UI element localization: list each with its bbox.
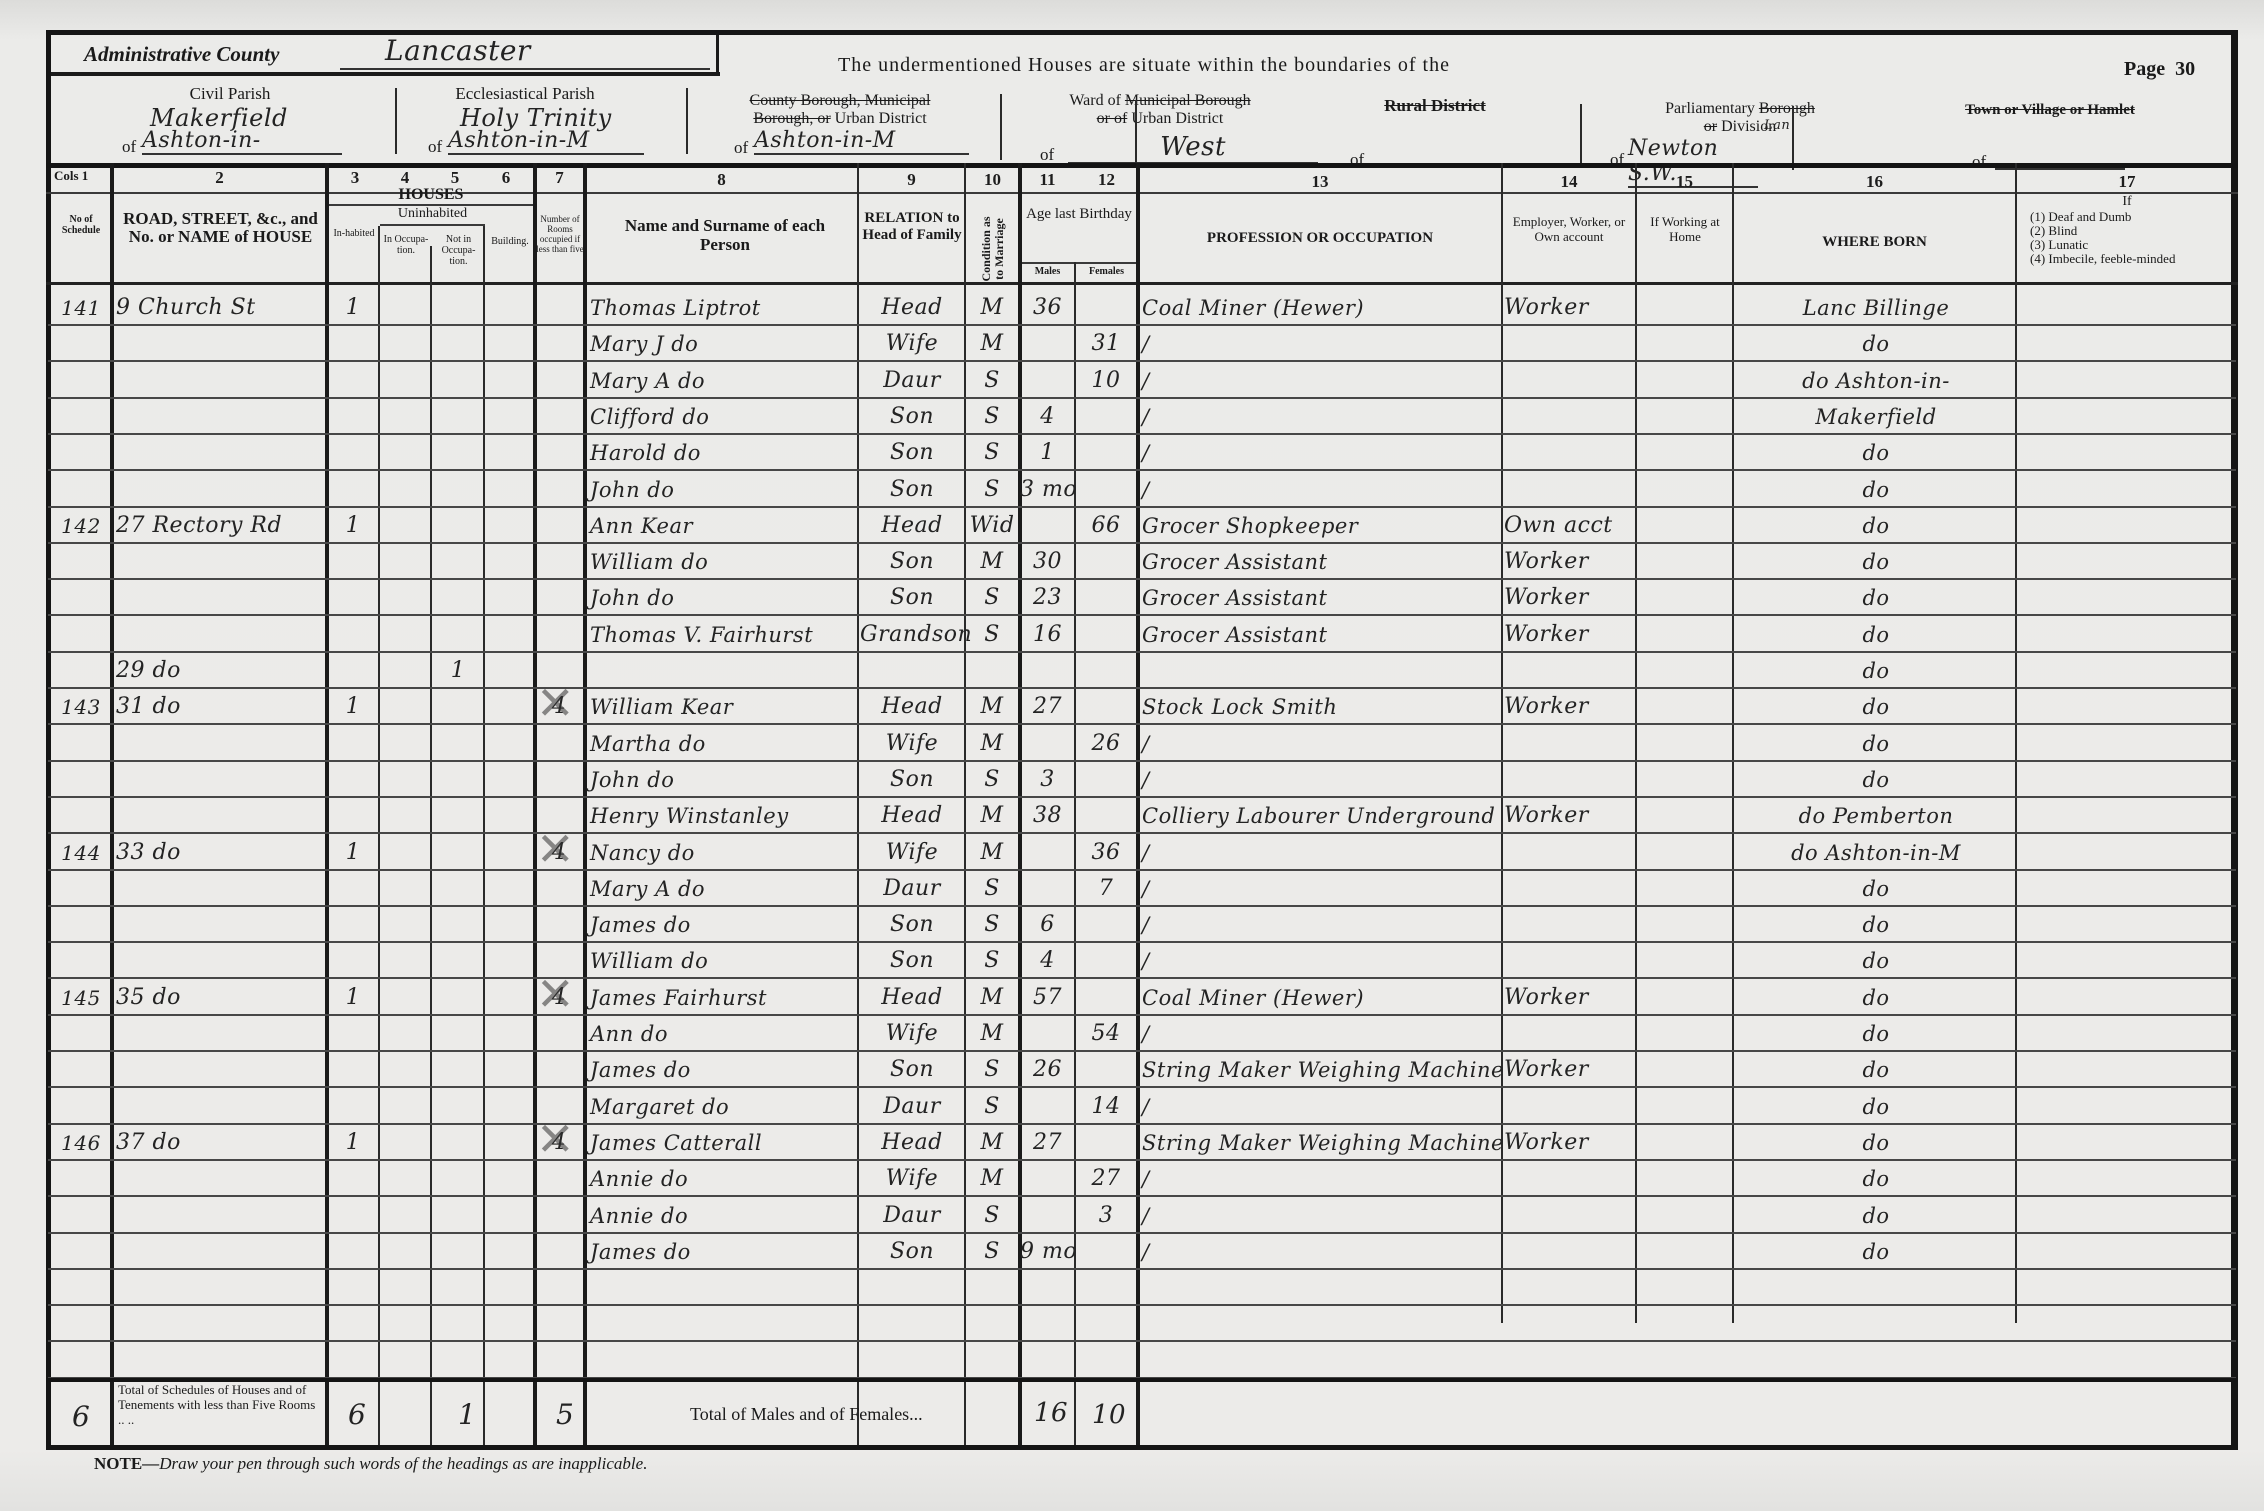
cell-employer — [1504, 653, 1634, 689]
cell-employer — [1504, 1234, 1634, 1270]
cell-employer — [1504, 1016, 1634, 1052]
cell-age-f — [1076, 399, 1136, 435]
cell-name: Ann do — [590, 1016, 855, 1052]
cell-at-home — [1637, 689, 1732, 725]
cell-inhabited — [327, 1161, 379, 1197]
cell-inhabited — [327, 943, 379, 979]
cell-name: John do — [590, 580, 855, 616]
cell-rooms — [535, 544, 583, 580]
cell-condition: S — [966, 1198, 1018, 1234]
cell-uninh-occ — [380, 871, 432, 907]
cell-born: do — [1740, 472, 2012, 508]
cell-age-f — [1076, 980, 1136, 1016]
cell-age-m: 38 — [1020, 798, 1075, 834]
hdr-not-in-occupation: Not in Occupa-tion. — [433, 234, 484, 267]
cell-rooms — [535, 726, 583, 762]
cell-at-home — [1637, 653, 1732, 689]
cell-at-home — [1637, 508, 1732, 544]
colnum-16: 16 — [1733, 172, 2016, 192]
cell-address: 37 do — [116, 1125, 321, 1161]
cell-name: James Catterall — [590, 1125, 855, 1161]
cell-uninh-occ — [380, 653, 432, 689]
cell-occupation: / — [1142, 907, 1498, 943]
cell-occupation: Colliery Labourer Underground — [1142, 798, 1498, 834]
cell-uninh-occ — [380, 580, 432, 616]
cell-age-m: 4 — [1020, 399, 1075, 435]
hdr-males: Males — [1020, 266, 1075, 277]
cell-rooms — [535, 762, 583, 798]
cell-inhabited — [327, 762, 379, 798]
cell-schedule — [52, 617, 110, 653]
cell-schedule — [52, 435, 110, 471]
cell-uninh-occ — [380, 1016, 432, 1052]
cell-rooms — [535, 435, 583, 471]
cell-relation: Wife — [860, 726, 964, 762]
cell-born: do — [1740, 1125, 2012, 1161]
colnum-8: 8 — [585, 170, 858, 190]
cell-occupation: / — [1142, 943, 1498, 979]
cell-inhabited — [327, 1198, 379, 1234]
cell-uninh-not — [432, 835, 484, 871]
cell-age-m: 27 — [1020, 1125, 1075, 1161]
cell-at-home — [1637, 1089, 1732, 1125]
cell-employer — [1504, 326, 1634, 362]
cell-name — [590, 653, 855, 689]
cell-uninh-not — [432, 871, 484, 907]
cell-condition: M — [966, 1125, 1018, 1161]
cell-occupation: / — [1142, 871, 1498, 907]
hdr-schedule: No of Schedule — [52, 214, 110, 236]
cell-uninh-occ — [380, 1052, 432, 1088]
cell-born: do — [1740, 871, 2012, 907]
cell-age-f — [1076, 580, 1136, 616]
cell-name: James do — [590, 1234, 855, 1270]
cell-occupation: / — [1142, 1198, 1498, 1234]
cell-building — [485, 943, 533, 979]
total-males: 16 — [1034, 1398, 1068, 1428]
cell-age-m: 36 — [1020, 290, 1075, 326]
cell-building — [485, 726, 533, 762]
cell-uninh-not — [432, 617, 484, 653]
colnum-6: 6 — [486, 168, 526, 188]
cell-condition: M — [966, 290, 1018, 326]
cross-mark-icon: ✕ — [536, 1119, 575, 1159]
cell-born: do — [1740, 762, 2012, 798]
cell-born: Makerfield — [1740, 399, 2012, 435]
hdr-if: If — [2016, 194, 2238, 210]
cell-at-home — [1637, 762, 1732, 798]
cell-age-f: 27 — [1076, 1161, 1136, 1197]
cell-age-f — [1076, 1234, 1136, 1270]
cell-uninh-occ — [380, 762, 432, 798]
cell-at-home — [1637, 290, 1732, 326]
cell-address — [116, 762, 321, 798]
cell-condition: S — [966, 871, 1018, 907]
cell-relation: Daur — [860, 1198, 964, 1234]
cell-age-f — [1076, 435, 1136, 471]
cell-age-m — [1020, 363, 1075, 399]
colnum-2: 2 — [112, 168, 327, 188]
cell-rooms — [535, 580, 583, 616]
cell-schedule — [52, 472, 110, 508]
cell-building — [485, 1016, 533, 1052]
cell-employer — [1504, 943, 1634, 979]
cell-occupation: Grocer Shopkeeper — [1142, 508, 1498, 544]
cell-address — [116, 943, 321, 979]
cell-employer — [1504, 1089, 1634, 1125]
note: NOTE—Draw your pen through such words of… — [94, 1454, 647, 1474]
cell-building — [485, 798, 533, 834]
cell-condition: S — [966, 943, 1018, 979]
cell-employer — [1504, 871, 1634, 907]
cell-at-home — [1637, 1016, 1732, 1052]
cell-occupation: Stock Lock Smith — [1142, 689, 1498, 725]
total-females: 10 — [1092, 1400, 1126, 1430]
cell-condition: M — [966, 689, 1018, 725]
cell-relation: Son — [860, 943, 964, 979]
total-mf-label: Total of Males and of Females... — [690, 1404, 923, 1425]
cell-uninh-not — [432, 472, 484, 508]
cell-relation: Head — [860, 980, 964, 1016]
cell-uninh-occ — [380, 363, 432, 399]
cell-uninh-not — [432, 1234, 484, 1270]
cell-employer: Worker — [1504, 1052, 1634, 1088]
col-line — [110, 163, 114, 1445]
cell-uninh-not — [432, 907, 484, 943]
cell-relation: Wife — [860, 326, 964, 362]
colnum-3: 3 — [335, 168, 375, 188]
colnum-13: 13 — [1138, 172, 1502, 192]
colnum-12: 12 — [1075, 170, 1138, 190]
cell-inhabited — [327, 1234, 379, 1270]
cell-age-f: 3 — [1076, 1198, 1136, 1234]
cell-condition: M — [966, 798, 1018, 834]
cell-building — [485, 1161, 533, 1197]
cell-schedule — [52, 1016, 110, 1052]
cell-uninh-occ — [380, 544, 432, 580]
cell-building — [485, 871, 533, 907]
cell-age-f — [1076, 798, 1136, 834]
cell-occupation — [1142, 653, 1498, 689]
cell-address — [116, 363, 321, 399]
cell-inhabited — [327, 580, 379, 616]
col-line — [1136, 163, 1140, 1445]
cell-at-home — [1637, 1161, 1732, 1197]
cell-relation: Daur — [860, 871, 964, 907]
cell-condition: S — [966, 363, 1018, 399]
cell-name: William Kear — [590, 689, 855, 725]
cell-age-m: 27 — [1020, 689, 1075, 725]
cell-born: do Pemberton — [1740, 798, 2012, 834]
cell-occupation: / — [1142, 1089, 1498, 1125]
cell-building — [485, 580, 533, 616]
cell-at-home — [1637, 871, 1732, 907]
cell-inhabited — [327, 1052, 379, 1088]
cell-rooms — [535, 1198, 583, 1234]
cell-relation: Son — [860, 435, 964, 471]
cell-rooms — [535, 508, 583, 544]
cell-relation: Son — [860, 399, 964, 435]
cell-uninh-occ — [380, 689, 432, 725]
colnum-4: 4 — [385, 168, 425, 188]
cell-rooms — [535, 472, 583, 508]
cell-age-m: 1 — [1020, 435, 1075, 471]
cell-age-m: 4 — [1020, 943, 1075, 979]
total-schedules: 6 — [72, 1400, 90, 1433]
col-line — [583, 163, 587, 1445]
cell-schedule — [52, 1198, 110, 1234]
cell-age-f: 7 — [1076, 871, 1136, 907]
cell-address — [116, 435, 321, 471]
hdr-road: ROAD, STREET, &c., and No. or NAME of HO… — [118, 210, 323, 246]
cell-uninh-not — [432, 508, 484, 544]
cell-condition: S — [966, 1234, 1018, 1270]
cell-schedule — [52, 544, 110, 580]
cols-label: Cols 1 — [54, 168, 88, 184]
cell-born: do — [1740, 943, 2012, 979]
cell-name: John do — [590, 762, 855, 798]
cell-address — [116, 798, 321, 834]
cell-rooms — [535, 290, 583, 326]
cell-name: Ann Kear — [590, 508, 855, 544]
cell-condition: S — [966, 472, 1018, 508]
cell-name: Henry Winstanley — [590, 798, 855, 834]
cell-uninh-occ — [380, 472, 432, 508]
cell-schedule — [52, 363, 110, 399]
cell-building — [485, 689, 533, 725]
cell-age-m: 3 — [1020, 762, 1075, 798]
cell-employer — [1504, 726, 1634, 762]
cell-name: Thomas V. Fairhurst — [590, 617, 855, 653]
cell-uninh-not — [432, 726, 484, 762]
cell-name: Clifford do — [590, 399, 855, 435]
cell-occupation: / — [1142, 472, 1498, 508]
col-line — [1732, 163, 1734, 1323]
cell-born: do — [1740, 1234, 2012, 1270]
colnum-17: 17 — [2016, 172, 2238, 192]
cell-occupation: / — [1142, 435, 1498, 471]
cell-employer — [1504, 399, 1634, 435]
colnum-15: 15 — [1636, 172, 1733, 192]
cell-at-home — [1637, 726, 1732, 762]
cell-uninh-occ — [380, 508, 432, 544]
cell-age-m: 57 — [1020, 980, 1075, 1016]
cell-rooms — [535, 907, 583, 943]
cell-uninh-not: 1 — [432, 653, 484, 689]
colnum-11: 11 — [1020, 170, 1075, 190]
cell-inhabited: 1 — [327, 835, 379, 871]
cell-rooms — [535, 1234, 583, 1270]
cell-condition: S — [966, 580, 1018, 616]
cell-schedule: 141 — [52, 290, 110, 326]
hdr-building: Building. — [486, 236, 534, 247]
cell-schedule — [52, 871, 110, 907]
cell-relation: Son — [860, 544, 964, 580]
colnum-10: 10 — [965, 170, 1020, 190]
cell-inhabited — [327, 907, 379, 943]
cell-born: do — [1740, 580, 2012, 616]
cell-condition: M — [966, 835, 1018, 871]
cell-born: do — [1740, 907, 2012, 943]
cell-employer: Worker — [1504, 689, 1634, 725]
note-prefix: NOTE— — [94, 1454, 159, 1473]
cell-age-m — [1020, 1089, 1075, 1125]
cell-at-home — [1637, 1234, 1732, 1270]
cell-born: do — [1740, 980, 2012, 1016]
cell-building — [485, 1052, 533, 1088]
hdr-houses: HOUSES — [327, 186, 535, 204]
cell-born: do Ashton-in- — [1740, 363, 2012, 399]
cell-building — [485, 435, 533, 471]
cell-inhabited: 1 — [327, 290, 379, 326]
cell-address — [116, 326, 321, 362]
cell-uninh-occ — [380, 1089, 432, 1125]
cell-inhabited — [327, 326, 379, 362]
cell-uninh-not — [432, 363, 484, 399]
cell-building — [485, 363, 533, 399]
cell-uninh-occ — [380, 290, 432, 326]
colnum-7: 7 — [537, 168, 582, 188]
cell-address — [116, 1198, 321, 1234]
cell-condition: S — [966, 435, 1018, 471]
cell-condition: S — [966, 399, 1018, 435]
cell-age-m: 26 — [1020, 1052, 1075, 1088]
cell-age-m — [1020, 1161, 1075, 1197]
cell-age-m — [1020, 1016, 1075, 1052]
cell-age-f — [1076, 472, 1136, 508]
cell-age-m: 6 — [1020, 907, 1075, 943]
cell-uninh-not — [432, 762, 484, 798]
cell-at-home — [1637, 580, 1732, 616]
cell-schedule: 143 — [52, 689, 110, 725]
cell-condition: M — [966, 544, 1018, 580]
cell-inhabited — [327, 617, 379, 653]
cell-address — [116, 1052, 321, 1088]
cell-condition: M — [966, 980, 1018, 1016]
cell-age-f — [1076, 907, 1136, 943]
cell-relation: Grandson — [860, 617, 964, 653]
cell-address — [116, 871, 321, 907]
cell-inhabited — [327, 544, 379, 580]
cell-schedule: 146 — [52, 1125, 110, 1161]
cell-age-f — [1076, 943, 1136, 979]
note-text: Draw your pen through such words of the … — [159, 1454, 647, 1473]
cell-rooms — [535, 1052, 583, 1088]
cell-employer: Worker — [1504, 544, 1634, 580]
cell-occupation: / — [1142, 762, 1498, 798]
cell-rooms — [535, 871, 583, 907]
cell-born: do — [1740, 689, 2012, 725]
cell-employer: Worker — [1504, 617, 1634, 653]
cell-age-f — [1076, 653, 1136, 689]
cell-relation: Head — [860, 508, 964, 544]
cell-address: 31 do — [116, 689, 321, 725]
cell-building — [485, 980, 533, 1016]
cell-relation: Daur — [860, 363, 964, 399]
cell-age-f: 36 — [1076, 835, 1136, 871]
total-uninhabited: 1 — [458, 1398, 476, 1431]
cell-relation: Daur — [860, 1089, 964, 1125]
colnum-14: 14 — [1502, 172, 1636, 192]
cell-address: 29 do — [116, 653, 321, 689]
cell-schedule — [52, 326, 110, 362]
totals-rule — [46, 1378, 2238, 1382]
cell-employer — [1504, 435, 1634, 471]
colnum-5: 5 — [435, 168, 475, 188]
cell-uninh-occ — [380, 980, 432, 1016]
hdr-relation: RELATION to Head of Family — [862, 210, 962, 244]
cell-age-f: 31 — [1076, 326, 1136, 362]
hdr-females: Females — [1075, 266, 1138, 277]
cell-employer: Worker — [1504, 580, 1634, 616]
cell-schedule — [52, 726, 110, 762]
cell-at-home — [1637, 472, 1732, 508]
cell-uninh-occ — [380, 435, 432, 471]
cell-uninh-not — [432, 980, 484, 1016]
cell-employer — [1504, 472, 1634, 508]
age-rule — [1020, 262, 1138, 264]
cell-address: 9 Church St — [116, 290, 321, 326]
cell-occupation: / — [1142, 1161, 1498, 1197]
cross-mark-icon: ✕ — [536, 683, 575, 723]
cell-employer: Worker — [1504, 980, 1634, 1016]
cross-mark-icon: ✕ — [536, 829, 575, 869]
cell-age-f: 26 — [1076, 726, 1136, 762]
cell-relation: Son — [860, 907, 964, 943]
row-rule — [48, 1340, 2236, 1342]
cell-name: Martha do — [590, 726, 855, 762]
cell-born: do — [1740, 326, 2012, 362]
cross-mark-icon: ✕ — [536, 974, 575, 1014]
cell-born: do — [1740, 508, 2012, 544]
cell-address: 35 do — [116, 980, 321, 1016]
hdr-where-born: WHERE BORN — [1733, 234, 2016, 251]
hdr-name: Name and Surname of each Person — [610, 216, 840, 254]
cell-age-m: 9 mo — [1020, 1234, 1075, 1270]
cell-name: Margaret do — [590, 1089, 855, 1125]
cell-address — [116, 472, 321, 508]
cell-condition: M — [966, 326, 1018, 362]
cell-occupation: / — [1142, 363, 1498, 399]
cell-condition — [966, 653, 1018, 689]
cell-occupation: / — [1142, 726, 1498, 762]
cell-schedule: 144 — [52, 835, 110, 871]
cell-address — [116, 726, 321, 762]
cell-age-m — [1020, 835, 1075, 871]
cell-inhabited — [327, 472, 379, 508]
cell-age-f — [1076, 689, 1136, 725]
cell-occupation: Coal Miner (Hewer) — [1142, 290, 1498, 326]
cell-relation: Son — [860, 1234, 964, 1270]
hdr-occupation: PROFESSION OR OCCUPATION — [1138, 230, 1502, 247]
cell-uninh-occ — [380, 1198, 432, 1234]
cell-at-home — [1637, 798, 1732, 834]
total-rooms: 5 — [556, 1398, 574, 1431]
cell-inhabited — [327, 399, 379, 435]
hdr-rooms: Number of Rooms occupied if less than fi… — [536, 214, 584, 254]
cell-address — [116, 399, 321, 435]
cell-inhabited — [327, 363, 379, 399]
col-line — [2015, 163, 2017, 1323]
cell-uninh-occ — [380, 907, 432, 943]
cell-occupation: / — [1142, 326, 1498, 362]
cell-rooms — [535, 326, 583, 362]
cell-building — [485, 1125, 533, 1161]
cell-occupation: Grocer Assistant — [1142, 544, 1498, 580]
cell-employer: Worker — [1504, 290, 1634, 326]
cell-at-home — [1637, 907, 1732, 943]
cell-building — [485, 326, 533, 362]
